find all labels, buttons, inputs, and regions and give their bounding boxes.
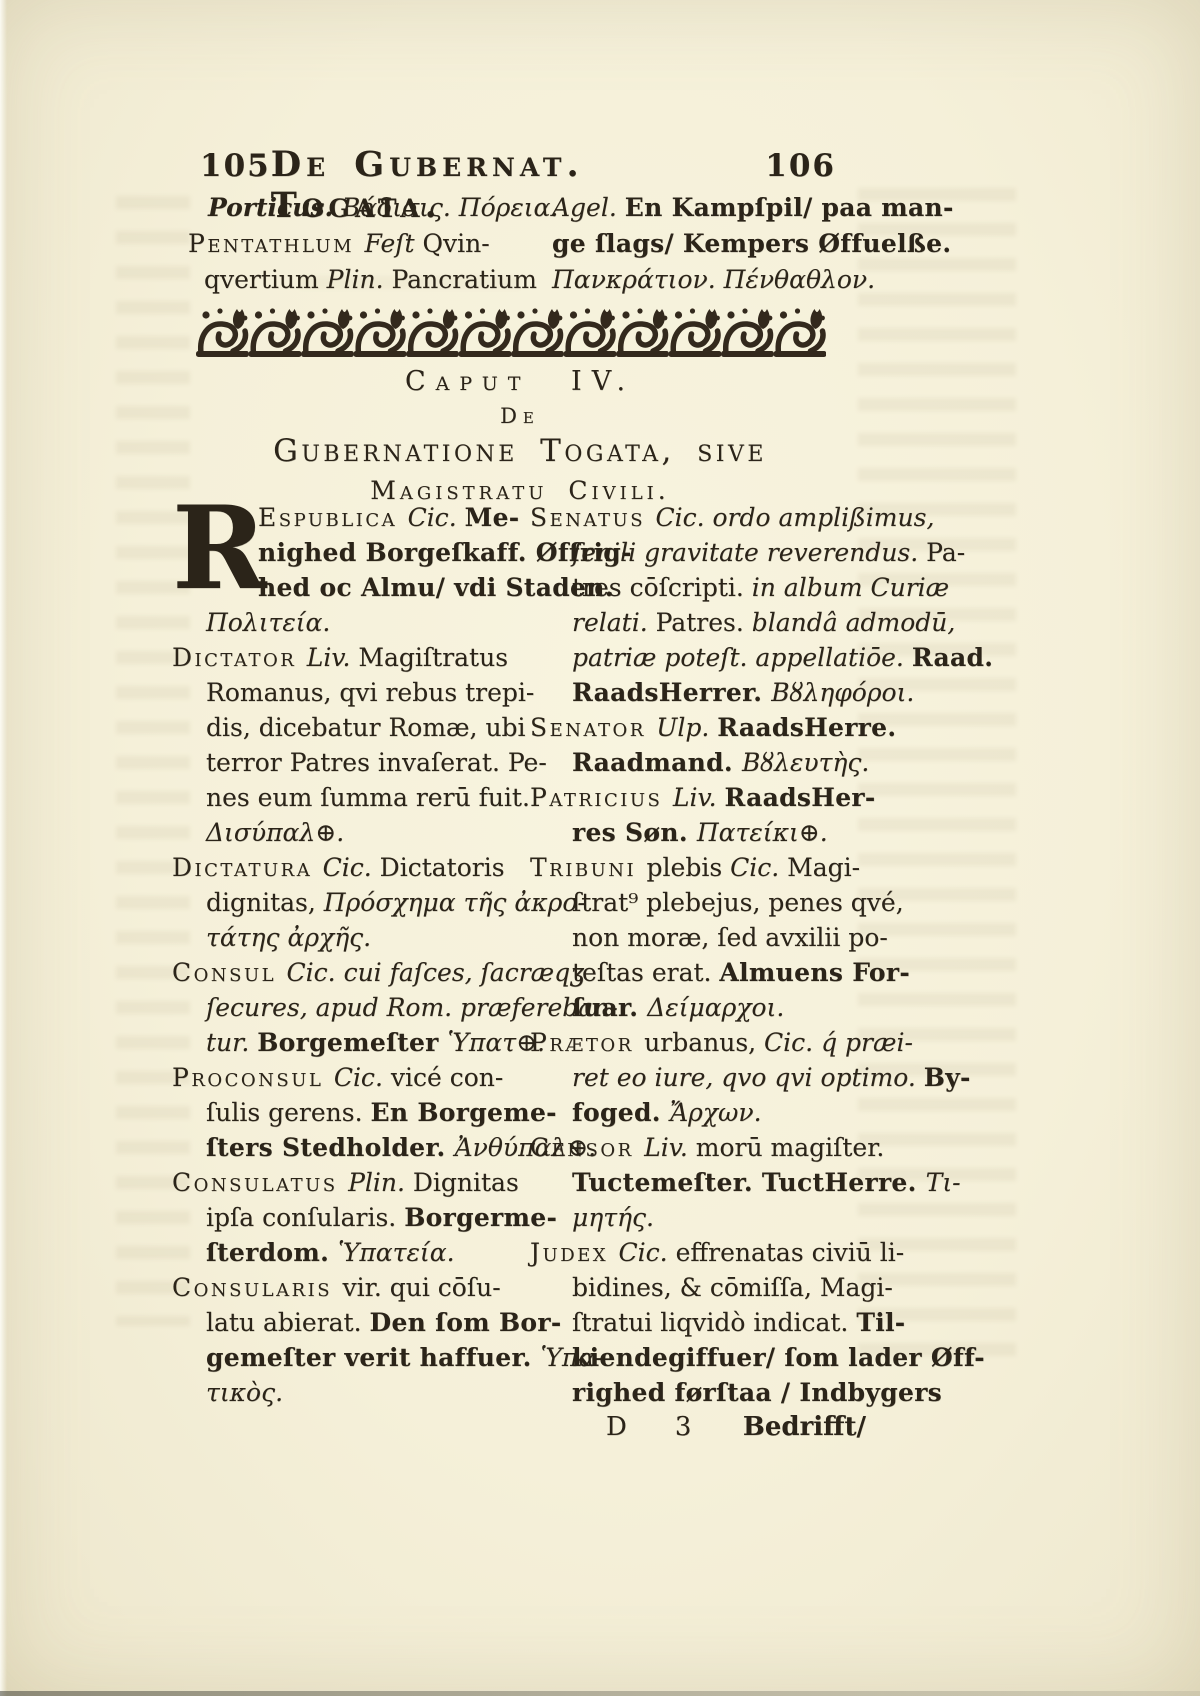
text-run: Δείμαρχοι. [647,993,784,1022]
text-line: non moræ, ſed avxilii po- [530,920,870,955]
text-run: Senator [530,713,656,742]
text-line: tur. Borgemeſter Ὑπατ⊕. [172,1025,538,1060]
text-run: Raad. [912,643,993,672]
entry-senatus: Senatus Cic. ordo amplißimus,ſenili grav… [530,500,870,710]
previous-chapter-end-left-column: Porticus. Βάδισις. Πόρεια.Pentathlum Feſ… [188,190,544,298]
text-line: Dictatura Cic. Dictatoris [172,850,538,885]
text-run: Ulp. [656,713,717,742]
text-run: Plin. [327,265,392,294]
entry-praetor: Prætor urbanus, Cic. q́ præi-ret eo iure… [530,1025,870,1130]
text-run: Agel. [552,193,625,222]
text-run: Dignitas [413,1168,519,1197]
text-line: Senator Ulp. RaadsHerre. [530,710,870,745]
text-run: foged. [572,1098,670,1127]
text-line: dis, dicebatur Romæ, ubi [172,710,538,745]
signature-line: D 3 Bedrifft/ [530,1412,870,1442]
text-line: latu abierat. Den ſom Bor- [172,1305,538,1340]
text-run: Cic. [730,853,787,882]
text-line: Agel. En Kampſpil/ paa man- [552,190,874,226]
text-run: res Søn. [572,818,697,847]
text-run: Tribuni [530,853,647,882]
text-line: ſecures, apud Rom. præfereban- [172,990,538,1025]
text-run: Espublica [258,503,408,532]
text-line: tres cōſcripti. in album Curiæ [530,570,870,605]
text-run: Patricius [530,783,673,812]
text-run: Πολιτεία. [206,608,330,637]
text-run: Βȣληφόροι. [771,678,914,707]
entry-censor: Censor Liv. morū magiſter.Tuctemeſter. T… [530,1130,870,1235]
text-line: gemeſter verit haffuer. Ὑπα- [172,1340,538,1375]
text-run: Dictatoris [380,853,505,882]
page-number-right: 106 [765,148,836,184]
text-run: RaadsHer- [725,783,876,812]
text-run: ſterdom. [206,1238,338,1267]
text-run: Qvin- [423,229,490,258]
text-line: RaadsHerrer. Βȣληφόροι. [530,675,870,710]
text-run: Dictator [172,643,307,672]
text-run: Consulatus [172,1168,348,1197]
text-run: gemeſter verit haffuer. [206,1343,541,1372]
entry-respublica: REspublica Cic. Me-nighed Borgeſkaff. Øf… [172,500,538,640]
text-line: Senatus Cic. ordo amplißimus, [530,500,870,535]
text-line: foged. Ἄρχων. [530,1095,870,1130]
gathering-signature-letter: D [530,1412,627,1442]
text-line: Dictator Liv. Magiſtratus [172,640,538,675]
text-line: qvertium Plin. Pancratium [188,262,544,298]
text-run: relati. [572,608,656,637]
text-line: Consularis vir. qui cōſu- [172,1270,538,1305]
text-run: ſtratui liqvidò indicat. [572,1308,856,1337]
text-run: Consularis [172,1273,343,1302]
text-run: Cic. [334,1063,391,1092]
text-run: Ἄρχων. [670,1098,762,1127]
text-run: Cic. [408,503,465,532]
text-run: Raadmand. [572,748,742,777]
text-line: Censor Liv. morū magiſter. [530,1130,870,1165]
text-line: Πολιτεία. [172,605,538,640]
entry-patricius: Patricius Liv. RaadsHer-res Søn. Πατείκι… [530,780,870,850]
entry-tribuni: Tribuni plebis Cic. Magi-ſtrat⁹ plebejus… [530,850,870,1025]
text-run: Borgemeſter [257,1028,447,1057]
text-line: ſters Stedholder. Ἀνθύπαλ⊕. [172,1130,538,1165]
gathering-signature-number: 3 [675,1412,692,1442]
text-run: RaadsHerre. [717,713,896,742]
text-line: righed førſtaa / Indbygers [530,1375,870,1410]
text-run: μητής. [572,1203,654,1232]
text-line: Pentathlum Feſt Qvin- [188,226,544,262]
text-run: ge ſlags/ Kempers Øffuelße. [552,229,951,258]
scanned-book-page: 105 De Gubernat. Togata. 106 Porticus. Β… [0,0,1200,1696]
text-run: dignitas, [206,888,324,917]
text-run: Cic. [323,853,380,882]
text-run: in album Curiæ [752,573,949,602]
text-line: ge ſlags/ Kempers Øffuelße. [552,226,874,262]
entry-consularis: Consularis vir. qui cōſu-latu abierat. D… [172,1270,538,1410]
text-run: ret eo iure, qvo qvi optimo. [572,1063,924,1092]
text-run: non moræ, ſed avxilii po- [572,923,888,952]
entry-dictatura: Dictatura Cic. Dictatorisdignitas, Πρόσχ… [172,850,538,955]
text-run: teſtas erat. [572,958,719,987]
chapter-title: Gubernatione Togata, sive [170,433,870,469]
text-line: relati. Patres. blandâ admodū, [530,605,870,640]
text-run: effrenatas civiū li- [676,1238,905,1267]
text-line: μητής. [530,1200,870,1235]
text-run: Liv. [307,643,359,672]
text-run: bidines, & cōmiſſa, Magi- [572,1273,893,1302]
text-run: ſenili gravitate reverendus. [572,538,926,567]
text-line: Tuctemeſter. TuctHerre. Τι- [530,1165,870,1200]
text-run: En Borgeme- [371,1098,557,1127]
text-run: vir. qui cōſu- [343,1273,501,1302]
text-run: Magi- [787,853,860,882]
text-run: τικὸς. [206,1378,283,1407]
text-run: righed førſtaa / Indbygers [572,1378,942,1407]
text-run: Prætor [530,1028,644,1057]
text-line: ret eo iure, qvo qvi optimo. By- [530,1060,870,1095]
text-run: Βάδισις. Πόρεια. [342,193,558,222]
text-line: terror Patres invaſerat. Pe- [172,745,538,780]
drop-cap: R [172,503,256,601]
text-run: Til- [856,1308,905,1337]
text-run: urbanus, [644,1028,764,1057]
text-run: plebis [647,853,731,882]
entry-consul: Consul Cic. cui faſces, ſacræqʒſecures, … [172,955,538,1060]
chapter-number: Caput IV. [170,366,870,397]
text-run: terror Patres invaſerat. Pe- [206,748,547,777]
left-text-column: REspublica Cic. Me-nighed Borgeſkaff. Øf… [172,500,538,1410]
text-run: Judex [530,1238,619,1267]
text-run: Pancratium [391,265,536,294]
text-run: Feſt [364,229,422,258]
text-run: Me- [465,503,520,532]
text-run: tres cōſcripti. [572,573,752,602]
entry-consulatus: Consulatus Plin. Dignitasipſa conſularis… [172,1165,538,1270]
text-run: Proconsul [172,1063,334,1092]
text-line: Raadmand. Βȣλευτὴς. [530,745,870,780]
entry-senator: Senator Ulp. RaadsHerre.Raadmand. Βȣλευτ… [530,710,870,780]
text-run: Πανκράτιον. Πένθαθλον. [552,265,875,294]
text-run: Porticus. [208,193,342,222]
text-line: ſterdom. Ὑπατεία. [172,1235,538,1270]
text-run: Romanus, qvi rebus trepi- [206,678,534,707]
text-run: En Kampſpil/ paa man- [625,193,954,222]
entry-proconsul: Proconsul Cic. vicé con-ſulis gerens. En… [172,1060,538,1165]
text-run: blandâ admodū, [752,608,956,637]
page-number-left: 105 [200,148,271,184]
text-line: Πανκράτιον. Πένθαθλον. [552,262,874,298]
text-run: Patres. [656,608,752,637]
text-run: Dictatura [172,853,323,882]
text-line: Tribuni plebis Cic. Magi- [530,850,870,885]
text-run: Δισύπαλ⊕. [206,818,344,847]
text-run: Almuens For- [719,958,910,987]
chapter-de: De [170,404,870,428]
text-run: vicé con- [391,1063,503,1092]
text-line: res Søn. Πατείκι⊕. [530,815,870,850]
text-run: morū magiſter. [696,1133,885,1162]
text-run: RaadsHerrer. [572,678,771,707]
text-line: ſtratui liqvidò indicat. Til- [530,1305,870,1340]
text-line: Prætor urbanus, Cic. q́ præi- [530,1025,870,1060]
catchword: Bedrifft/ [743,1412,870,1442]
floral-ornament-band [196,306,826,360]
text-line: τάτης ἀρχῆς. [172,920,538,955]
text-line: Patricius Liv. RaadsHer- [530,780,870,815]
text-run: ipſa conſularis. [206,1203,404,1232]
previous-chapter-end-right-column: Agel. En Kampſpil/ paa man-ge ſlags/ Kem… [552,190,874,298]
text-line: teſtas erat. Almuens For- [530,955,870,990]
text-line: ſtrat⁹ plebejus, penes qvé, [530,885,870,920]
text-line: nes eum ſumma rerū fuit. [172,780,538,815]
text-line: Consul Cic. cui faſces, ſacræqʒ [172,955,538,990]
text-run: ſtrat⁹ plebejus, penes qvé, [572,888,904,917]
text-line: ſenili gravitate reverendus. Pa- [530,535,870,570]
text-run: Πατείκι⊕. [697,818,828,847]
text-run: tur. [206,1028,257,1057]
text-run: τάτης ἀρχῆς. [206,923,371,952]
text-run: Plin. [348,1168,413,1197]
text-run: ſters Stedholder. [206,1133,455,1162]
text-line: ſulis gerens. En Borgeme- [172,1095,538,1130]
text-line: Proconsul Cic. vicé con- [172,1060,538,1095]
text-run: qvertium [204,265,327,294]
text-line: Romanus, qvi rebus trepi- [172,675,538,710]
text-run: Senatus [530,503,655,532]
text-line: τικὸς. [172,1375,538,1410]
text-run: ſulis gerens. [206,1098,371,1127]
text-line: ipſa conſularis. Borgerme- [172,1200,538,1235]
entry-dictator: Dictator Liv. MagiſtratusRomanus, qvi re… [172,640,538,850]
text-run: Βȣλευτὴς. [742,748,869,777]
text-run: Tuctemeſter. TuctHerre. [572,1168,926,1197]
text-run: Consul [172,958,287,987]
text-line: Consulatus Plin. Dignitas [172,1165,538,1200]
text-run: dis, dicebatur Romæ, ubi [206,713,526,742]
right-text-column: Senatus Cic. ordo amplißimus,ſenili grav… [530,500,870,1410]
text-run: nes eum ſumma rerū fuit. [206,783,530,812]
text-run: kiendegiffuer/ ſom lader Øff- [572,1343,985,1372]
text-run: By- [924,1063,971,1092]
text-run: Cic. q́ præi- [764,1028,913,1057]
text-line: ſuar. Δείμαρχοι. [530,990,870,1025]
text-run: Magiſtratus [358,643,508,672]
text-run: ſuar. [572,993,647,1022]
text-run: Cic. [619,1238,676,1267]
text-run: Censor [530,1133,644,1162]
text-run: Τι- [926,1168,961,1197]
text-run: Pentathlum [188,229,364,258]
text-run: patriæ poteſt. appellatiōe. [572,643,912,672]
text-line: patriæ poteſt. appellatiōe. Raad. [530,640,870,675]
text-line: dignitas, Πρόσχημα τῆς ἀκρο- [172,885,538,920]
text-run: Liv. [673,783,725,812]
text-line: Porticus. Βάδισις. Πόρεια. [188,190,544,226]
text-line: Judex Cic. effrenatas civiū li- [530,1235,870,1270]
text-run: Pa- [926,538,965,567]
text-run: Cic. ordo amplißimus, [655,503,934,532]
text-line: bidines, & cōmiſſa, Magi- [530,1270,870,1305]
text-run: Liv. [644,1133,696,1162]
text-run: latu abierat. [206,1308,370,1337]
chapter-heading: Caput IV. De Gubernatione Togata, sive M… [170,366,870,505]
text-run: Ὑπατεία. [338,1238,454,1267]
text-line: kiendegiffuer/ ſom lader Øff- [530,1340,870,1375]
entry-judex: Judex Cic. effrenatas civiū li-bidines, … [530,1235,870,1410]
text-line: Δισύπαλ⊕. [172,815,538,850]
